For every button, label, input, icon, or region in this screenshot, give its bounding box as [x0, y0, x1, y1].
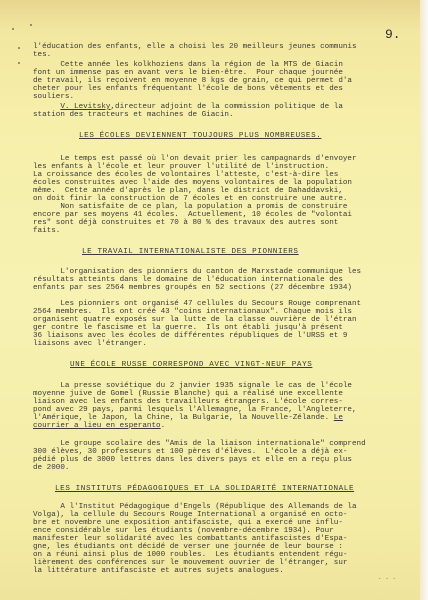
margin-speck: [18, 62, 20, 64]
continuation-mark: . . .: [378, 574, 408, 582]
body-line: de 2000.: [33, 464, 408, 472]
margin-speck: [30, 24, 32, 26]
signature-line: station des tracteurs et machines de Gia…: [33, 111, 408, 119]
page-number: 9.: [385, 27, 401, 42]
underlined-text: courrier a lieu en esperanto: [33, 422, 161, 430]
underlined-text: Le: [334, 414, 343, 422]
body-line: la littérature antifasciste et autres su…: [33, 567, 408, 575]
section-heading: LE TRAVAIL INTERNATIONALISTE DES PIONNIE…: [82, 248, 299, 257]
page-edge: [420, 0, 428, 600]
intro-line: tes.: [33, 51, 408, 59]
section-heading: UNE ÉCOLE RUSSE CORRESPOND AVEC VINGT-NE…: [70, 361, 312, 370]
margin-speck: [18, 47, 20, 49]
body-line: enfants par ses 2564 membres groupés en …: [33, 284, 408, 292]
section-heading: LES ÉCOLES DEVIENNENT TOUJOURS PLUS NOMB…: [79, 132, 321, 141]
body-line: liaisons avec l'étranger.: [33, 340, 408, 348]
section-heading: LES INSTITUTS PÉDAGOGIQUES ET LA SOLIDAR…: [55, 485, 354, 494]
body-line: courrier a lieu en esperanto.: [33, 422, 408, 430]
body-line: faits.: [33, 227, 408, 235]
signature-name: V. Levitsky: [60, 103, 110, 111]
margin-speck: [12, 28, 14, 30]
body-line: souliers.: [33, 93, 408, 101]
